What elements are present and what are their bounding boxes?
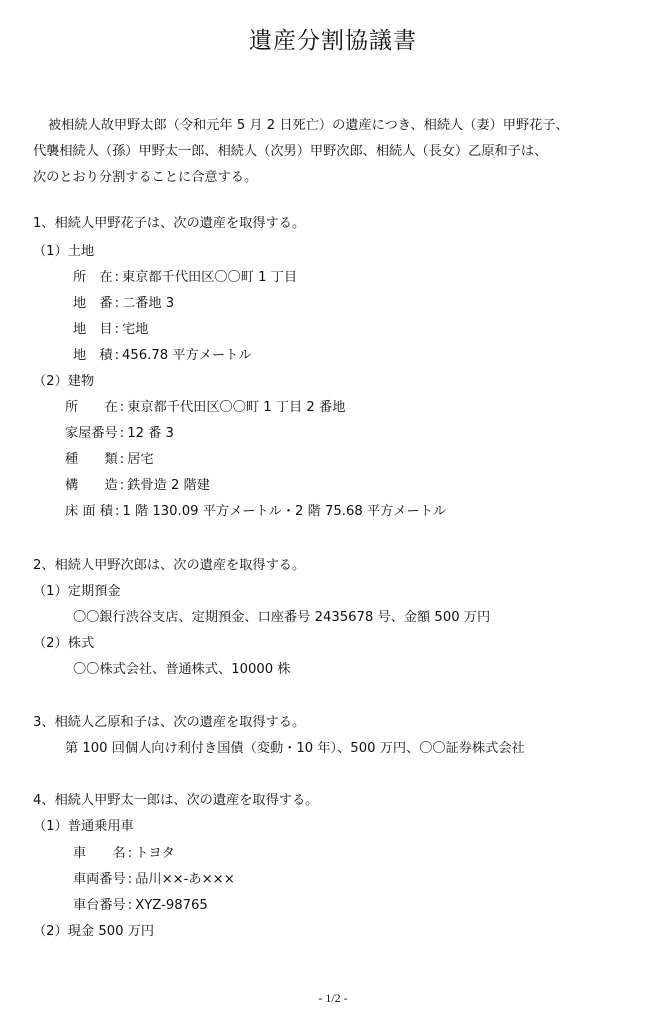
field-value: 鉄骨造 2 階建 [127, 478, 210, 493]
field-row: 種 類:居宅 [65, 451, 154, 469]
field-value: 12 番 3 [127, 426, 174, 441]
field-row: 車台番号:XYZ-98765 [73, 897, 208, 915]
field-key: 種 類 [65, 451, 118, 469]
field-value: 居宅 [127, 452, 153, 467]
field-value: 品川××-あ××× [135, 872, 235, 887]
section-1-item-1-label: （1）土地 [33, 243, 94, 261]
section-1-item-2-label: （2）建物 [33, 373, 94, 391]
page-number: - 1/2 - [0, 991, 666, 1006]
field-value: 東京都千代田区〇〇町 1 丁目 2 番地 [127, 400, 345, 415]
section-2-heading: 2、相続人甲野次郎は、次の遺産を取得する。 [33, 557, 305, 575]
field-key: 地 積 [73, 347, 113, 365]
preamble-line-2: 代襲相続人（孫）甲野太一郎、相続人（次男）甲野次郎、相続人（長女）乙原和子は、 [33, 143, 547, 161]
field-value: 宅地 [122, 322, 148, 337]
field-value: 二番地 3 [122, 296, 174, 311]
section-2-item-2-text: 〇〇株式会社、普通株式、10000 株 [73, 661, 291, 679]
preamble-line-1: 被相続人故甲野太郎（令和元年 5 月 2 日死亡）の遺産につき、相続人（妻）甲野… [48, 117, 569, 135]
field-key: 所 在 [73, 269, 113, 287]
field-row: 車 名:トヨタ [73, 845, 175, 863]
field-key: 車台番号 [73, 897, 126, 915]
section-2-item-1-text: 〇〇銀行渋谷支店、定期預金、口座番号 2435678 号、金額 500 万円 [73, 609, 490, 627]
field-key: 所 在 [65, 399, 118, 417]
field-key: 家屋番号 [65, 425, 118, 443]
field-row: 家屋番号:12 番 3 [65, 425, 174, 443]
field-value: 1 階 130.09 平方メートル・2 階 75.68 平方メートル [122, 504, 446, 519]
field-value: XYZ-98765 [135, 898, 208, 913]
field-row: 車両番号:品川××-あ××× [73, 871, 235, 889]
field-value: 456.78 平方メートル [122, 348, 251, 363]
field-key: 床 面 積 [65, 503, 113, 521]
document-title: 遺産分割協議書 [0, 22, 666, 55]
field-key: 地 番 [73, 295, 113, 313]
field-key: 地 目 [73, 321, 113, 339]
field-row: 地 番:二番地 3 [73, 295, 174, 313]
section-2-item-2-label: （2）株式 [33, 635, 94, 653]
section-1-heading: 1、相続人甲野花子は、次の遺産を取得する。 [33, 215, 305, 233]
field-row: 床 面 積:1 階 130.09 平方メートル・2 階 75.68 平方メートル [65, 503, 446, 521]
field-key: 構 造 [65, 477, 118, 495]
field-key: 車 名 [73, 845, 126, 863]
field-row: 地 目:宅地 [73, 321, 148, 339]
section-4-item-2-label: （2）現金 500 万円 [33, 923, 154, 941]
section-4-heading: 4、相続人甲野太一郎は、次の遺産を取得する。 [33, 792, 318, 810]
field-row: 構 造:鉄骨造 2 階建 [65, 477, 210, 495]
field-row: 所 在:東京都千代田区〇〇町 1 丁目 [73, 269, 297, 287]
field-value: トヨタ [135, 846, 175, 861]
field-row: 地 積:456.78 平方メートル [73, 347, 251, 365]
field-row: 所 在:東京都千代田区〇〇町 1 丁目 2 番地 [65, 399, 345, 417]
field-key: 車両番号 [73, 871, 126, 889]
section-2-item-1-label: （1）定期預金 [33, 583, 121, 601]
section-3-heading: 3、相続人乙原和子は、次の遺産を取得する。 [33, 714, 305, 732]
field-value: 東京都千代田区〇〇町 1 丁目 [122, 270, 297, 285]
section-3-text: 第 100 回個人向け利付き国債（変動・10 年）、500 万円、〇〇証券株式会… [65, 740, 525, 758]
section-4-item-1-label: （1）普通乗用車 [33, 818, 134, 836]
preamble-line-3: 次のとおり分割することに合意する。 [33, 169, 257, 187]
